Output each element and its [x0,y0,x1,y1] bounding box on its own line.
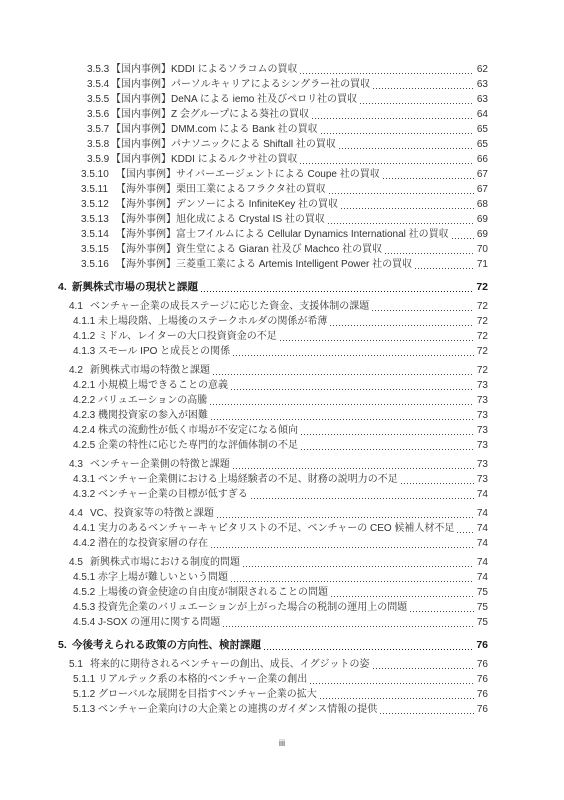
toc-entry-number: 4.1.3 [73,344,98,359]
toc-entry: 3.5.14【海外事例】富士フイルムによる Cellular Dynamics … [0,227,564,242]
toc-entry-page-number: 74 [476,570,488,585]
dot-leader [301,434,474,435]
toc-entry-number: 4.5.1 [73,570,98,585]
toc-entry-label: 新興株式市場の特徴と課題 [90,363,210,378]
toc-entry: 3.5.11【海外事例】栗田工業によるフラクタ社の買収67 [0,182,564,197]
toc-entry-label: 【国内事例】KDDI によるルクサ社の買収 [111,152,297,167]
toc-entry-number: 4.1 [69,299,90,314]
dot-leader [211,547,474,548]
toc-entry: 3.5.12【海外事例】デンソーによる InfiniteKey 社の買収68 [0,197,564,212]
toc-entry-label: ミドル、レイターの大口投資資金の不足 [98,329,277,344]
dot-leader [383,178,474,179]
toc-entry-page-number: 69 [476,227,488,242]
dot-leader [385,253,474,254]
toc-entry-label: 株式の流動性が低く市場が不安定になる傾向 [98,423,298,438]
toc-entry-page-number: 70 [476,242,488,257]
toc-entry-page-number: 64 [476,107,488,122]
toc-entry-number: 4. [58,280,72,295]
toc-entry-label: 【国内事例】Z 会グループによる葵社の買収 [111,107,309,122]
toc-entry-number: 3.5.10 [81,167,116,182]
toc-entry-page-number: 74 [476,506,488,521]
toc-entry-page-number: 72 [476,314,488,329]
toc-entry-label: ベンチャー企業側の特徴と課題 [90,457,230,472]
toc-entry-number: 4.2.3 [73,408,98,423]
toc-entry-page-number: 76 [476,672,488,687]
footer-page-number: iii [0,738,564,749]
toc-entry-label: 【海外事例】資生堂による Giaran 社及び Machco 社の買収 [116,242,382,257]
toc-entry-page-number: 74 [476,487,488,502]
toc-entry-page-number: 62 [476,62,488,77]
toc-entry-number: 3.5.8 [87,137,111,152]
toc-entry-number: 5.1 [69,657,90,672]
dot-leader [330,325,474,326]
dot-leader [410,611,474,612]
toc-entry: 4.1.1未上場段階、上場後のステークホルダの関係が希薄72 [0,314,564,329]
toc-entry: 3.5.5【国内事例】DeNA による iemo 社及びペロリ社の買収63 [0,92,564,107]
toc-entry-label: 【海外事例】富士フイルムによる Cellular Dynamics Intern… [116,227,449,242]
toc-entry: 4.5.2上場後の資金使途の自由度が制限されることの問題75 [0,585,564,600]
toc-entry-label: ベンチャー企業向けの大企業との連携のガイダンス情報の提供 [98,702,377,717]
dot-leader [280,340,474,341]
toc-entry-page-number: 74 [476,555,488,570]
toc-entry-label: 潜在的な投資家層の存在 [98,536,208,551]
toc-entry: 4.1.3スモール IPO と成長との関係72 [0,344,564,359]
toc-entry: 4.4.2潜在的な投資家層の存在74 [0,536,564,551]
toc-entry-number: 4.5 [69,555,90,570]
toc-entry-label: 【国内事例】サイバーエージェントによる Coupe 社の買収 [116,167,380,182]
toc-entry-number: 4.1.1 [73,314,98,329]
toc-entry-number: 3.5.13 [81,212,116,227]
dot-leader [310,683,474,684]
toc-entry-number: 3.5.4 [87,77,111,92]
toc-entry-label: リアルテック系の本格的ベンチャー企業の創出 [98,672,307,687]
toc-entry-number: 3.5.12 [81,197,116,212]
toc-entry: 4.2.2バリュエーションの高騰73 [0,393,564,408]
toc-entry-number: 4.4.2 [73,536,98,551]
toc-entry-label: 企業の特性に応じた専門的な評価体制の不足 [98,438,298,453]
toc-entry: 4.2.5企業の特性に応じた専門的な評価体制の不足73 [0,438,564,453]
toc-entry-page-number: 75 [476,585,488,600]
toc-entry-number: 3.5.16 [81,257,116,272]
dot-leader [329,193,474,194]
toc-entry: 4.5.3投資先企業のバリュエーションが上がった場合の税制の運用上の問題75 [0,600,564,615]
toc-entry-label: 【海外事例】デンソーによる InfiniteKey 社の買収 [116,197,338,212]
toc-entry-label: 未上場段階、上場後のステークホルダの関係が希薄 [98,314,327,329]
toc-entry-page-number: 76 [476,702,488,717]
toc-entry-label: 【海外事例】三菱重工業による Artemis Intelligent Power… [116,257,412,272]
dot-leader [251,498,474,499]
dot-leader [331,596,474,597]
dot-leader [243,566,474,567]
toc-entry: 4.2新興株式市場の特徴と課題72 [0,363,564,378]
toc-entry-label: 【海外事例】旭化成による Crystal IS 社の買収 [116,212,325,227]
toc-entry-page-number: 63 [476,77,488,92]
dot-leader [452,238,474,239]
toc-entry-page-number: 65 [476,122,488,137]
toc-entry-label: 【国内事例】パナソニックによる Shiftall 社の買収 [111,137,336,152]
dot-leader [415,268,474,269]
toc-entry-label: グローバルな展開を目指すベンチャー企業の拡大 [98,687,317,702]
toc-entry-number: 5.1.2 [73,687,98,702]
toc-entry-label: 【国内事例】DMM.com による Bank 社の買収 [111,122,318,137]
toc-entry-number: 3.5.14 [81,227,116,242]
toc-entry-number: 3.5.11 [81,182,116,197]
dot-leader [457,532,474,533]
dot-leader [320,698,474,699]
toc-entry-page-number: 63 [476,92,488,107]
toc-entry-page-number: 73 [476,423,488,438]
toc-entry-number: 4.3.2 [73,487,98,502]
toc-entry: 4.5.4J-SOX の運用に関する問題75 [0,615,564,630]
toc-entry-label: VC、投資家等の特徴と課題 [90,506,214,521]
toc-entry-number: 4.3.1 [73,472,98,487]
toc-entry-number: 4.1.2 [73,329,98,344]
toc-entry-number: 3.5.7 [87,122,111,137]
toc-entry-number: 5.1.1 [73,672,98,687]
toc-entry: 3.5.7【国内事例】DMM.com による Bank 社の買収65 [0,122,564,137]
toc-entry-page-number: 75 [476,615,488,630]
toc-entry-page-number: 66 [476,152,488,167]
toc-entry-number: 4.2.5 [73,438,98,453]
toc-entry-label: 今後考えられる政策の方向性、検討課題 [72,638,261,653]
toc-entry-number: 4.5.2 [73,585,98,600]
dot-leader [372,310,474,311]
toc-entry: 4.2.4株式の流動性が低く市場が不安定になる傾向73 [0,423,564,438]
toc-entry-number: 3.5.15 [81,242,116,257]
toc-entry-label: 赤字上場が難しいという問題 [98,570,228,585]
dot-leader [328,223,474,224]
toc-entry-page-number: 72 [476,299,488,314]
toc-entry-page-number: 68 [476,197,488,212]
toc-entry: 5.1.2グローバルな展開を目指すベンチャー企業の拡大76 [0,687,564,702]
toc-entry-number: 5. [58,638,72,653]
toc-entry-page-number: 76 [476,657,488,672]
dot-leader [360,103,474,104]
toc-entry-page-number: 73 [476,472,488,487]
toc-entry-label: ベンチャー企業の目標が低すぎる [98,487,248,502]
table-of-contents: 3.5.3【国内事例】KDDI によるソラコムの買収623.5.4【国内事例】パ… [0,62,564,717]
toc-entry-number: 3.5.9 [87,152,111,167]
toc-entry-number: 3.5.3 [87,62,111,77]
toc-entry-label: ベンチャー企業の成長ステージに応じた資金、支援体制の課題 [90,299,369,314]
dot-leader [312,118,474,119]
toc-entry-page-number: 72 [476,329,488,344]
toc-entry: 3.5.13【海外事例】旭化成による Crystal IS 社の買収69 [0,212,564,227]
toc-entry-label: 新興株式市場の現状と課題 [72,280,198,295]
dot-leader [231,389,474,390]
toc-entry-page-number: 67 [476,167,488,182]
dot-leader [233,355,474,356]
toc-entry-number: 4.2.1 [73,378,98,393]
dot-leader [264,649,474,650]
dot-leader [223,626,474,627]
toc-entry-number: 4.5.4 [73,615,98,630]
dot-leader [210,404,474,405]
toc-entry: 4.1.2ミドル、レイターの大口投資資金の不足72 [0,329,564,344]
toc-entry-number: 4.2.4 [73,423,98,438]
toc-entry-page-number: 73 [476,393,488,408]
toc-entry-label: J-SOX の運用に関する問題 [98,615,220,630]
dot-leader [217,517,474,518]
toc-entry: 3.5.15【海外事例】資生堂による Giaran 社及び Machco 社の買… [0,242,564,257]
dot-leader [213,374,474,375]
toc-entry: 3.5.8【国内事例】パナソニックによる Shiftall 社の買収65 [0,137,564,152]
toc-entry: 4.5新興株式市場における制度的問題74 [0,555,564,570]
dot-leader [300,163,474,164]
toc-entry-page-number: 76 [476,687,488,702]
toc-entry: 4.3ベンチャー企業側の特徴と課題73 [0,457,564,472]
toc-entry-label: 機関投資家の参入が困難 [98,408,208,423]
toc-entry-page-number: 74 [476,521,488,536]
toc-entry-number: 4.4.1 [73,521,98,536]
toc-entry: 4.3.1ベンチャー企業側における上場経験者の不足、財務の説明力の不足73 [0,472,564,487]
dot-leader [339,148,474,149]
toc-entry: 3.5.6【国内事例】Z 会グループによる葵社の買収64 [0,107,564,122]
toc-entry-label: 実力のあるベンチャーキャピタリストの不足、ベンチャーの CEO 候補人材不足 [98,521,454,536]
toc-entry-page-number: 67 [476,182,488,197]
toc-entry-label: 将来的に期待されるベンチャーの創出、成長、イグジットの姿 [90,657,370,672]
dot-leader [300,73,474,74]
toc-entry-number: 4.4 [69,506,90,521]
toc-entry-number: 4.2.2 [73,393,98,408]
toc-entry-label: 【国内事例】パーソルキャリアによるシングラー社の買収 [111,77,370,92]
dot-leader [321,133,474,134]
toc-entry-page-number: 65 [476,137,488,152]
toc-entry-label: ベンチャー企業側における上場経験者の不足、財務の説明力の不足 [98,472,398,487]
dot-leader [211,419,474,420]
toc-entry: 4.新興株式市場の現状と課題72 [0,280,564,295]
toc-entry: 4.2.1小規模上場できることの意義73 [0,378,564,393]
toc-entry: 5.1将来的に期待されるベンチャーの創出、成長、イグジットの姿76 [0,657,564,672]
toc-entry-number: 4.5.3 [73,600,98,615]
dot-leader [201,291,474,292]
toc-entry: 3.5.10【国内事例】サイバーエージェントによる Coupe 社の買収67 [0,167,564,182]
toc-entry: 3.5.9【国内事例】KDDI によるルクサ社の買収66 [0,152,564,167]
toc-entry-label: 【海外事例】栗田工業によるフラクタ社の買収 [116,182,326,197]
dot-leader [231,581,474,582]
toc-entry-label: 上場後の資金使途の自由度が制限されることの問題 [98,585,328,600]
toc-entry-number: 5.1.3 [73,702,98,717]
toc-entry-page-number: 76 [476,638,488,653]
toc-entry: 5.1.1リアルテック系の本格的ベンチャー企業の創出76 [0,672,564,687]
dot-leader [373,668,475,669]
toc-entry: 4.1ベンチャー企業の成長ステージに応じた資金、支援体制の課題72 [0,299,564,314]
dot-leader [301,449,474,450]
toc-entry-number: 3.5.6 [87,107,111,122]
dot-leader [341,208,474,209]
toc-entry-page-number: 75 [476,600,488,615]
toc-entry-page-number: 73 [476,457,488,472]
toc-entry: 3.5.16【海外事例】三菱重工業による Artemis Intelligent… [0,257,564,272]
toc-entry: 4.3.2ベンチャー企業の目標が低すぎる74 [0,487,564,502]
toc-entry: 4.2.3機関投資家の参入が困難73 [0,408,564,423]
toc-entry: 3.5.3【国内事例】KDDI によるソラコムの買収62 [0,62,564,77]
toc-entry: 5.1.3ベンチャー企業向けの大企業との連携のガイダンス情報の提供76 [0,702,564,717]
toc-entry-label: スモール IPO と成長との関係 [98,344,230,359]
toc-entry-page-number: 72 [476,363,488,378]
dot-leader [401,483,474,484]
dot-leader [380,713,474,714]
toc-entry-number: 3.5.5 [87,92,111,107]
toc-entry-page-number: 73 [476,408,488,423]
toc-entry-page-number: 71 [476,257,488,272]
toc-entry-page-number: 74 [476,536,488,551]
toc-entry-label: 新興株式市場における制度的問題 [90,555,240,570]
toc-entry: 3.5.4【国内事例】パーソルキャリアによるシングラー社の買収63 [0,77,564,92]
toc-entry-page-number: 73 [476,378,488,393]
toc-entry-number: 4.2 [69,363,90,378]
toc-entry: 4.5.1赤字上場が難しいという問題74 [0,570,564,585]
dot-leader [233,468,474,469]
dot-leader [373,88,474,89]
toc-entry-label: 【国内事例】DeNA による iemo 社及びペロリ社の買収 [111,92,357,107]
toc-entry-page-number: 69 [476,212,488,227]
toc-entry: 4.4.1実力のあるベンチャーキャピタリストの不足、ベンチャーの CEO 候補人… [0,521,564,536]
toc-entry: 4.4VC、投資家等の特徴と課題74 [0,506,564,521]
toc-entry-label: 小規模上場できることの意義 [98,378,228,393]
toc-entry-label: 【国内事例】KDDI によるソラコムの買収 [111,62,297,77]
toc-entry-number: 4.3 [69,457,90,472]
toc-entry: 5.今後考えられる政策の方向性、検討課題76 [0,638,564,653]
toc-entry-page-number: 73 [476,438,488,453]
toc-entry-label: 投資先企業のバリュエーションが上がった場合の税制の運用上の問題 [98,600,407,615]
toc-entry-page-number: 72 [476,280,488,295]
toc-entry-label: バリュエーションの高騰 [98,393,207,408]
document-page: 3.5.3【国内事例】KDDI によるソラコムの買収623.5.4【国内事例】パ… [0,0,564,800]
toc-entry-page-number: 72 [476,344,488,359]
